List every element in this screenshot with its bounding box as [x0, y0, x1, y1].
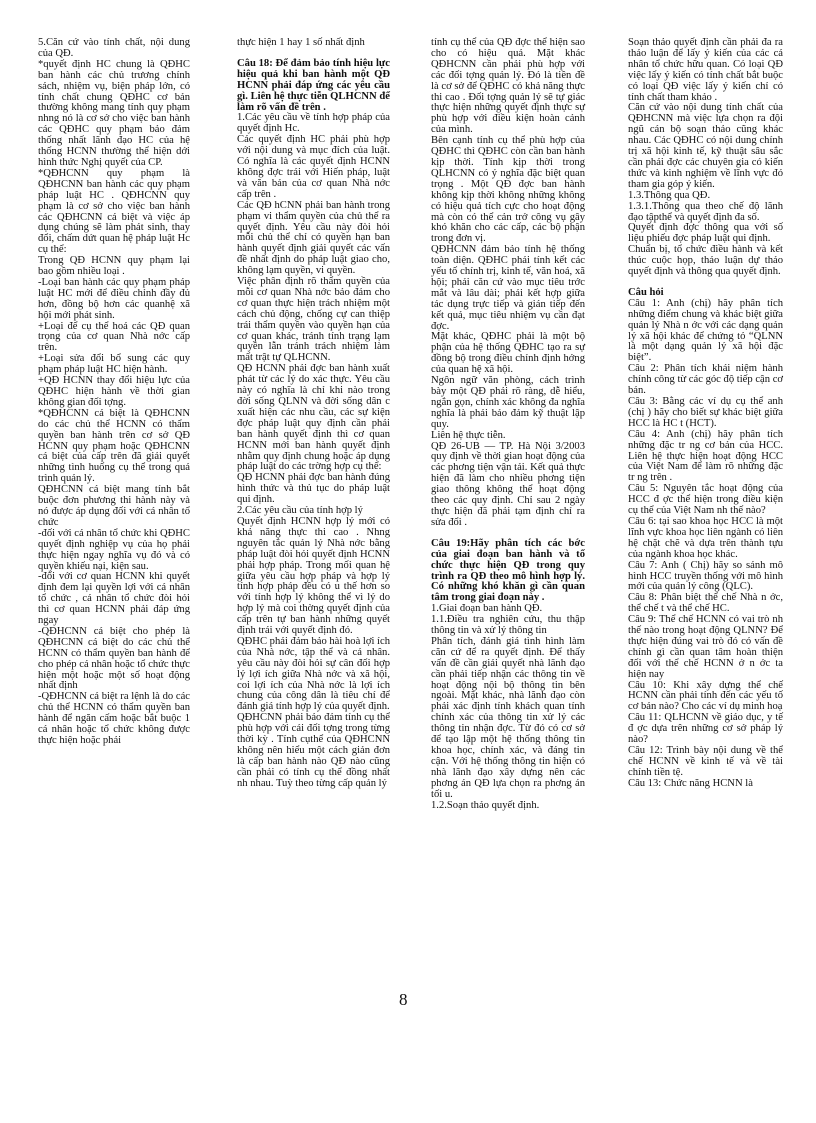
question-item: Câu 4: Anh (chị) hãy phân tích những đặc…: [628, 430, 783, 485]
paragraph: Căn cứ vào nội dung tính chất của QĐHCNN…: [628, 103, 783, 190]
paragraph: Phân tích, đánh giá tình hình làm căn cứ…: [431, 637, 585, 801]
question-item: Câu 12: Trình bày nội dung về thể chế HC…: [628, 746, 783, 779]
paragraph: Liên hệ thực tiễn.: [431, 431, 585, 442]
paragraph: *quyết định HC chung là QĐHC ban hành cá…: [38, 60, 190, 169]
paragraph: QĐHC phải đảm bảo hài hoà lợi ích của Nh…: [237, 637, 390, 713]
page-number: 8: [399, 990, 408, 1010]
document-page: 5.Căn cứ vào tính chất, nội dung của QĐ.…: [0, 0, 816, 1123]
section-heading-cau-19: Câu 19:Hãy phân tích các bớc của giai đo…: [431, 539, 585, 604]
paragraph: QĐHCNN phải bảo đảm tính cụ thể phù hợp …: [237, 713, 390, 789]
question-item: Câu 5: Nguyên tắc hoạt động của HCC đ ợc…: [628, 484, 783, 517]
question-item: Câu 13: Chức năng HCNN là: [628, 779, 783, 790]
paragraph: 1.Các yêu cầu về tính hợp pháp của quyết…: [237, 113, 390, 135]
paragraph: -QĐHCNN cá biệt ra lệnh là do các chủ th…: [38, 692, 190, 747]
question-item: Câu 11: QLHCNN về giáo dục, y tế đ ợc dự…: [628, 713, 783, 746]
paragraph: -QĐHCNN cá biệt cho phép là QĐHCNN cá bi…: [38, 627, 190, 692]
paragraph: thực hiện 1 hay 1 số nhất định: [237, 38, 390, 49]
question-item: Câu 1: Anh (chị) hãy phân tích những điể…: [628, 299, 783, 364]
column-1: 5.Căn cứ vào tính chất, nội dung của QĐ.…: [38, 38, 190, 747]
paragraph: +QĐ HCNN thay đổi hiệu lực của QĐHC hiện…: [38, 376, 190, 409]
paragraph: *QĐHCNN quy phạm là QĐHCNN ban hành các …: [38, 169, 190, 256]
paragraph: Chuẩn bị, tổ chức điều hành và kết thúc …: [628, 245, 783, 278]
question-item: Câu 6: tại sao khoa học HCC là một lĩnh …: [628, 517, 783, 561]
paragraph: -đối với cơ quan HCNN khi quyết định đem…: [38, 572, 190, 627]
paragraph: QĐ 26-UB — TP. Hà Nội 3/2003 quy định về…: [431, 442, 585, 529]
column-3: tính cụ thể của QĐ đợc thể hiện sao cho …: [431, 38, 585, 811]
paragraph: +Loại sửa đổi bổ sung các quy phạm pháp …: [38, 354, 190, 376]
paragraph: Trong QĐ HCNN quy phạm lại bao gồm nhiều…: [38, 256, 190, 278]
column-2: thực hiện 1 hay 1 số nhất định Câu 18: Đ…: [237, 38, 390, 790]
paragraph: Bên cạnh tính cụ thể phù hợp của QĐHC th…: [431, 136, 585, 245]
question-item: Câu 2: Phân tích khái niệm hành chính cô…: [628, 364, 783, 397]
paragraph: Ngôn ngữ văn phòng, cách trình bày một Q…: [431, 376, 585, 431]
paragraph: Quyết định đợc thông qua với số liệu phi…: [628, 223, 783, 245]
question-item: Câu 10: Khi xây dựng thể chế HCNN cần ph…: [628, 681, 783, 714]
paragraph: Các QĐ hCNN phải ban hành trong phạm vi …: [237, 201, 390, 277]
paragraph: 1.2.Soạn thảo quyết định.: [431, 801, 585, 812]
question-item: Câu 3: Bằng các ví dụ cụ thể anh (chị ) …: [628, 397, 783, 430]
paragraph: *QĐHCNN cá biệt là QĐHCNN do các chủ thể…: [38, 409, 190, 485]
paragraph: QĐ HCNN phải đợc ban hành đúng hình thức…: [237, 473, 390, 506]
paragraph: QĐ HCNN phải đợc ban hành xuất phát từ c…: [237, 364, 390, 473]
paragraph: 1.3.Thông qua QĐ.: [628, 191, 783, 202]
paragraph: Việc phân định rõ thẩm quyền của mỗi cơ …: [237, 277, 390, 364]
paragraph: 1.3.1.Thông qua theo chế độ lãnh đạo tập…: [628, 202, 783, 224]
paragraph: 5.Căn cứ vào tính chất, nội dung của QĐ.: [38, 38, 190, 60]
paragraph: -đối với cá nhân tổ chức khi QĐHC quyết …: [38, 529, 190, 573]
paragraph: Các quyết định HC phải phù hợp với nội d…: [237, 135, 390, 200]
paragraph: +Loại để cụ thể hoá các QĐ quan trọng củ…: [38, 322, 190, 355]
paragraph: Quyết định HCNN hợp lý mới có khả năng t…: [237, 517, 390, 637]
section-heading-cau-18: Câu 18: Để đảm bảo tính hiệu lực hiệu qu…: [237, 59, 390, 114]
paragraph: tính cụ thể của QĐ đợc thể hiện sao cho …: [431, 38, 585, 136]
column-4: Soạn thảo quyết định cần phải đa ra thảo…: [628, 38, 783, 790]
paragraph: QĐHCNN cá biệt mang tính bắt buộc đơn ph…: [38, 485, 190, 529]
paragraph: Mặt khác, QĐHC phải là một bộ phận của h…: [431, 332, 585, 376]
paragraph: Soạn thảo quyết định cần phải đa ra thảo…: [628, 38, 783, 103]
paragraph: 1.1.Điều tra nghiên cứu, thu thập thông …: [431, 615, 585, 637]
question-item: Câu 8: Phân biệt thể chế Nhà n ớc, thể c…: [628, 593, 783, 615]
question-item: Câu 7: Anh ( Chị) hãy so sánh mô hình HC…: [628, 561, 783, 594]
paragraph: -Loại ban hành các quy phạm pháp luật HC…: [38, 278, 190, 322]
question-item: Câu 9: Thể chế HCNN có vai trò nh thế nà…: [628, 615, 783, 680]
paragraph: QĐHCNN đảm bảo tính hệ thống toàn diện. …: [431, 245, 585, 332]
